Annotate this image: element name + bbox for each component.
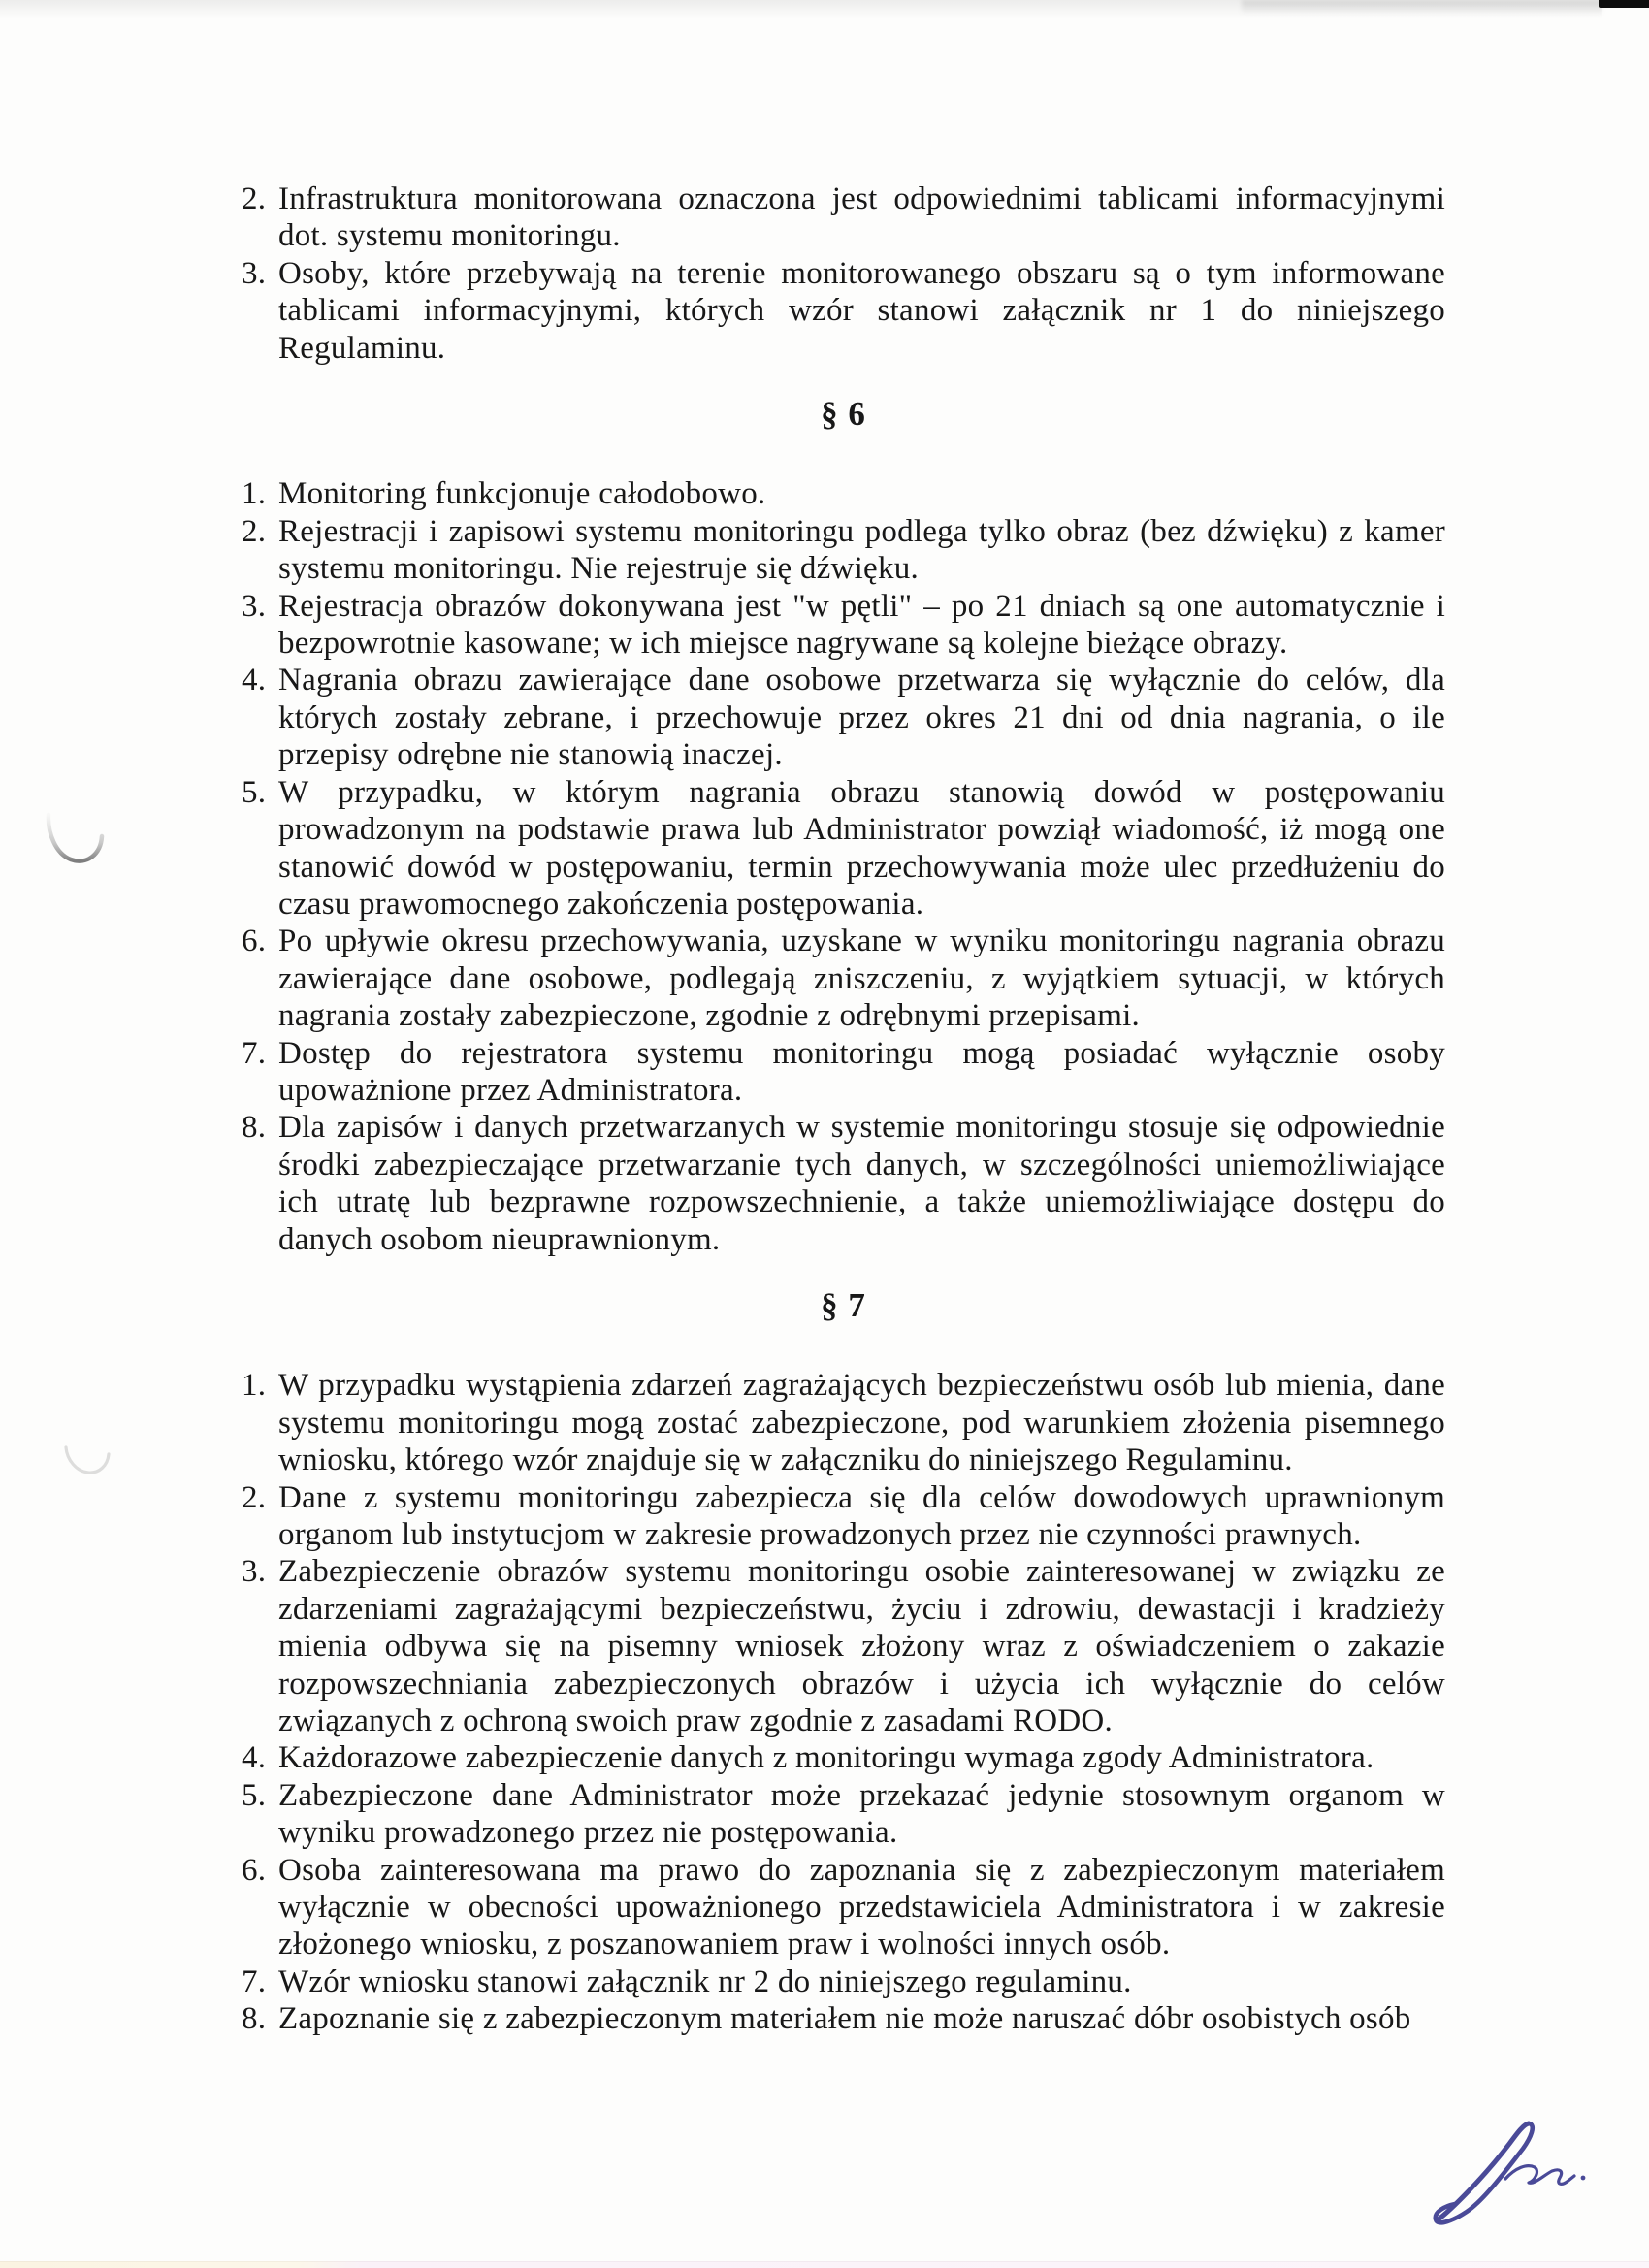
list-item-number: 5. bbox=[242, 1777, 276, 1814]
list-item-number: 1. bbox=[242, 475, 276, 512]
scan-artifact-pen-arc-1 bbox=[45, 811, 105, 865]
list-item-text: Wzór wniosku stanowi załącznik nr 2 do n… bbox=[278, 1964, 1132, 1999]
scan-edge-bottom bbox=[0, 2261, 1649, 2268]
list-item-text: Każdorazowe zabezpieczenie danych z moni… bbox=[278, 1740, 1374, 1775]
scan-smudge-top bbox=[0, 0, 1602, 19]
list-item-number: 6. bbox=[242, 1852, 276, 1889]
scan-artifact-pen-arc-2 bbox=[62, 1443, 113, 1480]
list-item: 3.Rejestracja obrazów dokonywana jest "w… bbox=[242, 588, 1445, 663]
signature-dot bbox=[1581, 2176, 1586, 2181]
list-item: 5.Zabezpieczone dane Administrator może … bbox=[242, 1777, 1445, 1852]
list-item-text: Dostęp do rejestratora systemu monitorin… bbox=[278, 1036, 1445, 1108]
document-content: 2.Infrastruktura monitorowana oznaczona … bbox=[242, 180, 1445, 2038]
list-item: 1.Monitoring funkcjonuje całodobowo. bbox=[242, 475, 1445, 512]
list-item-text: Monitoring funkcjonuje całodobowo. bbox=[278, 476, 766, 511]
section-7-list: 1.W przypadku wystąpienia zdarzeń zagraż… bbox=[242, 1367, 1445, 2037]
list-item-number: 1. bbox=[242, 1367, 276, 1404]
section-6-heading: § 6 bbox=[242, 396, 1445, 433]
scan-artifact-corner-bar bbox=[1599, 0, 1649, 8]
list-item-text: Zabezpieczone dane Administrator może pr… bbox=[278, 1778, 1445, 1850]
list-item-text: W przypadku wystąpienia zdarzeń zagrażaj… bbox=[278, 1368, 1445, 1477]
list-item: 8.Zapoznanie się z zabezpieczonym materi… bbox=[242, 2000, 1445, 2037]
scanned-document-page: 2.Infrastruktura monitorowana oznaczona … bbox=[0, 0, 1649, 2268]
signature-squiggle-stroke bbox=[1505, 2166, 1574, 2185]
list-item-number: 6. bbox=[242, 923, 276, 959]
list-item-text: Nagrania obrazu zawierające dane osobowe… bbox=[278, 663, 1445, 772]
list-item-number: 3. bbox=[242, 588, 276, 625]
list-item: 1.W przypadku wystąpienia zdarzeń zagraż… bbox=[242, 1367, 1445, 1478]
list-item-number: 8. bbox=[242, 1109, 276, 1146]
list-item-text: Infrastruktura monitorowana oznaczona je… bbox=[278, 181, 1445, 253]
list-item-number: 3. bbox=[242, 255, 276, 292]
intro-list: 2.Infrastruktura monitorowana oznaczona … bbox=[242, 180, 1445, 367]
list-item-text: W przypadku, w którym nagrania obrazu st… bbox=[278, 775, 1445, 922]
list-item: 8.Dla zapisów i danych przetwarzanych w … bbox=[242, 1109, 1445, 1258]
list-item-text: Dane z systemu monitoringu zabezpiecza s… bbox=[278, 1480, 1445, 1552]
list-item-text: Dla zapisów i danych przetwarzanych w sy… bbox=[278, 1110, 1445, 1256]
scan-smudge-top-right bbox=[1242, 0, 1602, 15]
list-item: 2.Dane z systemu monitoringu zabezpiecza… bbox=[242, 1479, 1445, 1554]
list-item-number: 3. bbox=[242, 1553, 276, 1590]
list-item: 6.Po upływie okresu przechowywania, uzys… bbox=[242, 923, 1445, 1034]
list-item-number: 7. bbox=[242, 1963, 276, 2000]
list-item: 4.Każdorazowe zabezpieczenie danych z mo… bbox=[242, 1739, 1445, 1776]
list-item-number: 2. bbox=[242, 1479, 276, 1516]
list-item: 3.Osoby, które przebywają na terenie mon… bbox=[242, 255, 1445, 367]
list-item-number: 2. bbox=[242, 180, 276, 217]
list-item-text: Po upływie okresu przechowywania, uzyska… bbox=[278, 923, 1445, 1033]
list-item: 3.Zabezpieczenie obrazów systemu monitor… bbox=[242, 1553, 1445, 1739]
handwritten-signature bbox=[1426, 2115, 1600, 2231]
list-item: 7.Wzór wniosku stanowi załącznik nr 2 do… bbox=[242, 1963, 1445, 2000]
list-item-number: 7. bbox=[242, 1035, 276, 1072]
list-item: 6.Osoba zainteresowana ma prawo do zapoz… bbox=[242, 1852, 1445, 1963]
list-item-number: 4. bbox=[242, 662, 276, 698]
list-item-number: 8. bbox=[242, 2000, 276, 2037]
section-6-list: 1.Monitoring funkcjonuje całodobowo. 2.R… bbox=[242, 475, 1445, 1258]
list-item-text: Rejestracji i zapisowi systemu monitorin… bbox=[278, 514, 1445, 586]
section-7-heading: § 7 bbox=[242, 1287, 1445, 1324]
list-item-text: Osoby, które przebywają na terenie monit… bbox=[278, 256, 1445, 366]
list-item-number: 4. bbox=[242, 1739, 276, 1776]
list-item-text: Zabezpieczenie obrazów systemu monitorin… bbox=[278, 1554, 1445, 1738]
list-item-text: Zapoznanie się z zabezpieczonym materiał… bbox=[278, 2001, 1410, 2036]
list-item: 5.W przypadku, w którym nagrania obrazu … bbox=[242, 774, 1445, 923]
list-item-number: 2. bbox=[242, 513, 276, 550]
list-item-number: 5. bbox=[242, 774, 276, 811]
list-item-text: Osoba zainteresowana ma prawo do zapozna… bbox=[278, 1853, 1445, 1962]
list-item: 2.Rejestracji i zapisowi systemu monitor… bbox=[242, 513, 1445, 588]
list-item: 7.Dostęp do rejestratora systemu monitor… bbox=[242, 1035, 1445, 1110]
list-item-text: Rejestracja obrazów dokonywana jest "w p… bbox=[278, 589, 1445, 661]
list-item: 2.Infrastruktura monitorowana oznaczona … bbox=[242, 180, 1445, 255]
list-item: 4.Nagrania obrazu zawierające dane osobo… bbox=[242, 662, 1445, 773]
